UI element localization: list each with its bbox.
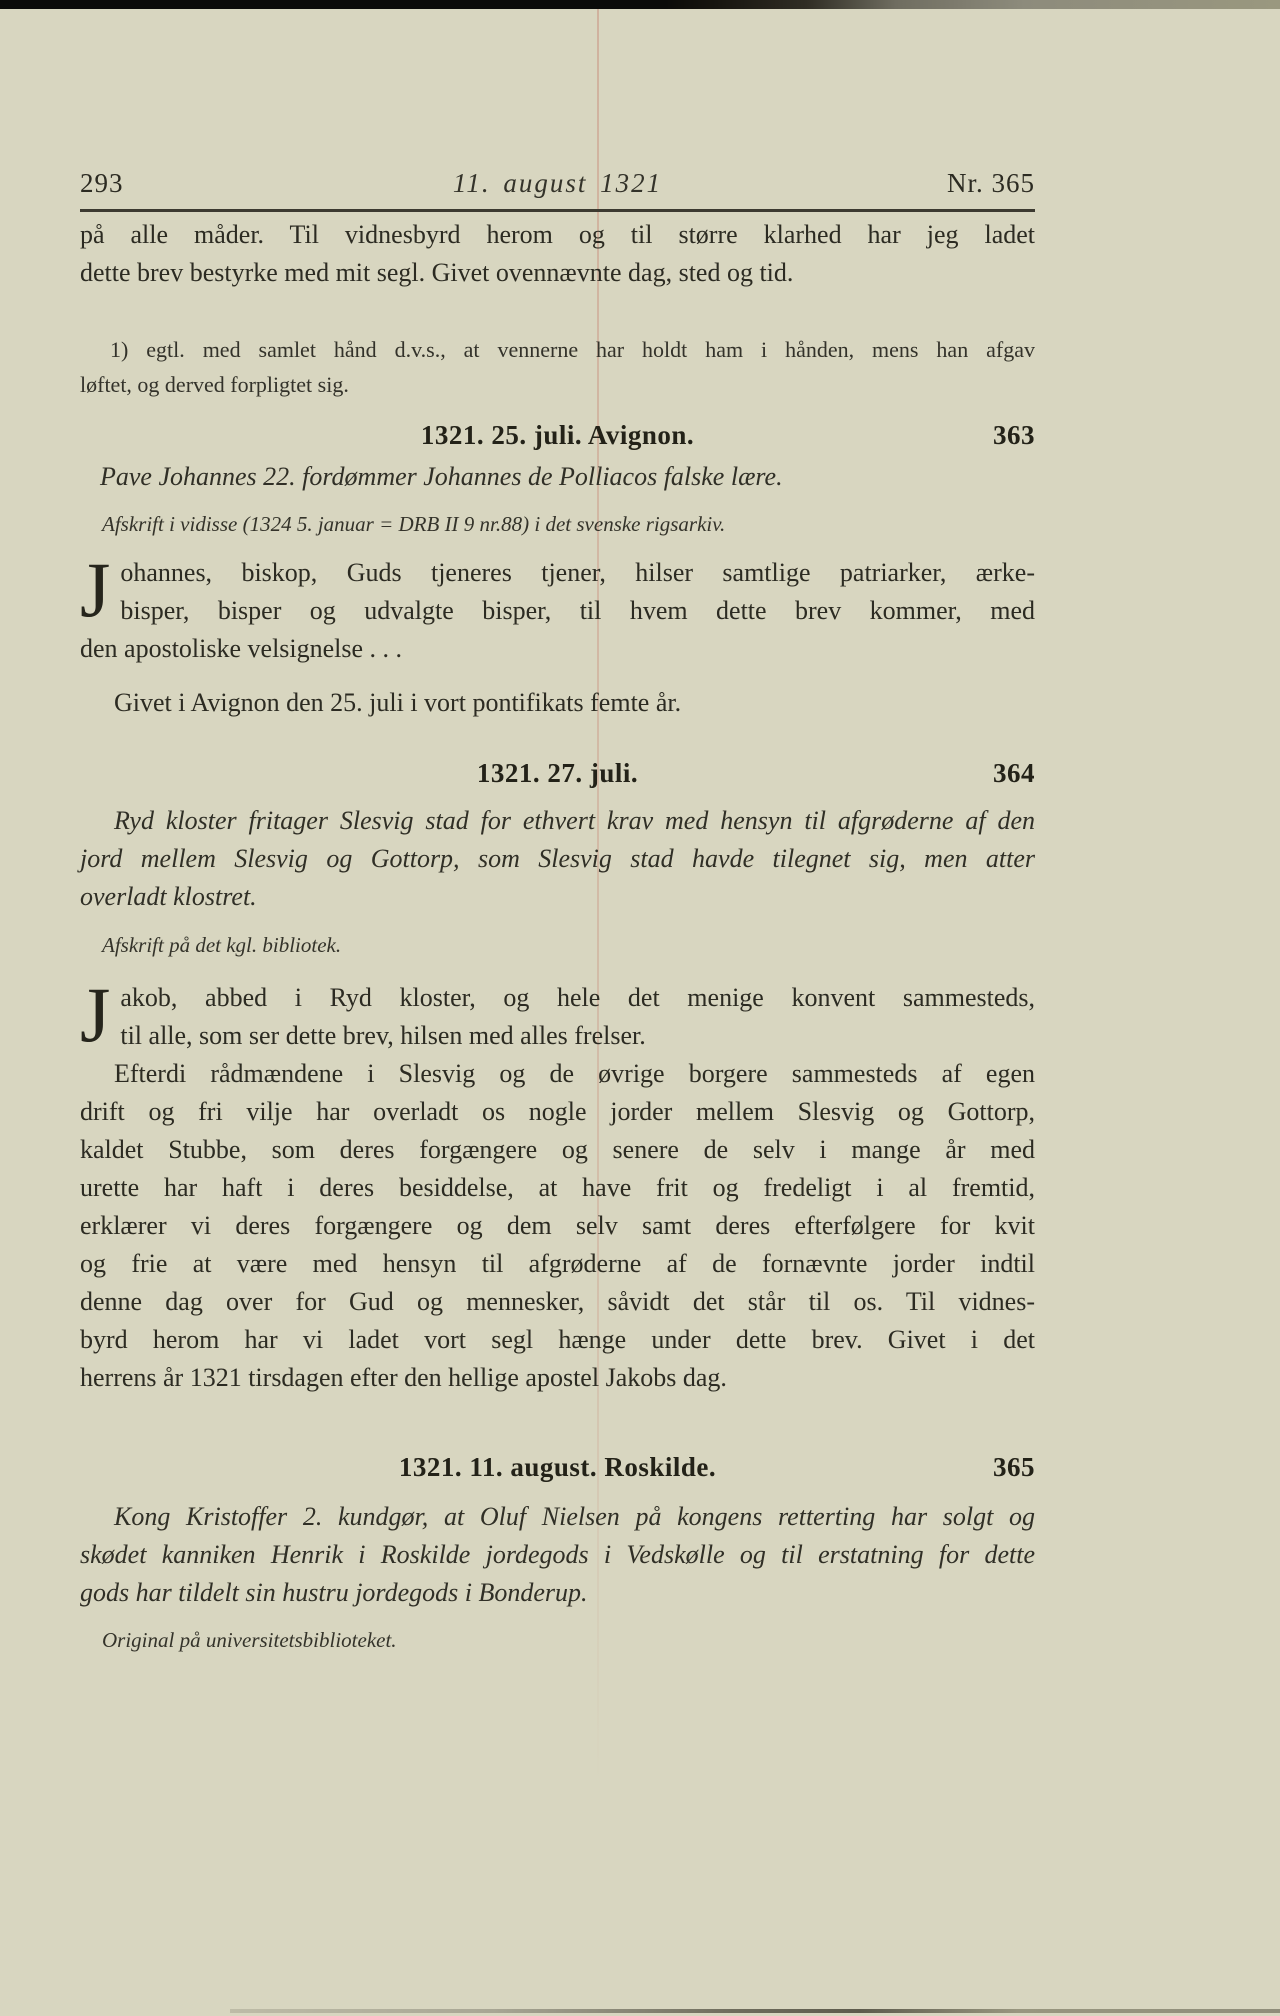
header-rule bbox=[80, 209, 1035, 212]
text-line: byrd herom har vi ladet vort segl hænge … bbox=[80, 1321, 1035, 1359]
text-line: den apostoliske velsignelse . . . bbox=[80, 630, 1035, 668]
page-number: 293 bbox=[80, 168, 124, 199]
text-line: og frie at være med hensyn til afgrødern… bbox=[80, 1245, 1035, 1283]
entry-364-body-opening: J akob, abbed i Ryd kloster, og hele det… bbox=[80, 979, 1035, 1055]
drop-cap-initial: J bbox=[80, 981, 110, 1055]
entry-365-heading: 1321. 11. august. Roskilde. 365 bbox=[80, 1449, 1035, 1485]
footnote: 1) egtl. med samlet hånd d.v.s., at venn… bbox=[80, 332, 1035, 402]
text-line: skødet kanniken Henrik i Roskilde jordeg… bbox=[80, 1536, 1035, 1574]
text-line: Afskrift på det kgl. bibliotek. bbox=[80, 931, 1035, 959]
entry-363-body: J ohannes, biskop, Guds tjeneres tjener,… bbox=[80, 554, 1035, 668]
running-head: 11. august 1321 bbox=[80, 168, 1035, 199]
text-line: erklærer vi deres forgængere og dem selv… bbox=[80, 1207, 1035, 1245]
entry-363-summary: Pave Johannes 22. fordømmer Johannes de … bbox=[80, 458, 1035, 496]
text-line: Kong Kristoffer 2. kundgør, at Oluf Niel… bbox=[80, 1498, 1035, 1536]
text-line: drift og fri vilje har overladt os nogle… bbox=[80, 1093, 1035, 1131]
book-page: 293 11. august 1321 Nr. 365 på alle måde… bbox=[0, 0, 1280, 2016]
entry-364-heading: 1321. 27. juli. 364 bbox=[80, 755, 1035, 791]
text-line: 1) egtl. med samlet hånd d.v.s., at venn… bbox=[80, 332, 1035, 367]
entry-365-date-place: 1321. 11. august. Roskilde. bbox=[399, 1452, 716, 1482]
text-line: løftet, og derved forpligtet sig. bbox=[80, 367, 1035, 402]
text-line: akob, abbed i Ryd kloster, og hele det m… bbox=[80, 979, 1035, 1017]
entry-364-summary: Ryd kloster fritager Slesvig stad for et… bbox=[80, 802, 1035, 916]
continuation-paragraph: på alle måder. Til vidnesbyrd herom og t… bbox=[80, 216, 1035, 292]
entry-365-summary: Kong Kristoffer 2. kundgør, at Oluf Niel… bbox=[80, 1498, 1035, 1612]
text-line: Ryd kloster fritager Slesvig stad for et… bbox=[80, 802, 1035, 840]
text-line: herrens år 1321 tirsdagen efter den hell… bbox=[80, 1359, 1035, 1397]
entry-364-number: 364 bbox=[993, 755, 1035, 791]
text-line: bisper, bisper og udvalgte bisper, til h… bbox=[80, 592, 1035, 630]
entry-363-date-place: 1321. 25. juli. Avignon. bbox=[421, 420, 694, 450]
drop-cap-initial: J bbox=[80, 556, 110, 630]
entry-363-closing: Givet i Avignon den 25. juli i vort pont… bbox=[80, 684, 1035, 722]
entry-365-number: 365 bbox=[993, 1449, 1035, 1485]
text-line: Pave Johannes 22. fordømmer Johannes de … bbox=[80, 458, 1035, 496]
entry-364-body-main: Efterdi rådmændene i Slesvig og de øvrig… bbox=[80, 1055, 1035, 1397]
page-header: 293 11. august 1321 Nr. 365 bbox=[80, 168, 1035, 202]
text-line: kaldet Stubbe, som deres forgængere og s… bbox=[80, 1131, 1035, 1169]
scan-edge-bottom bbox=[230, 2009, 1280, 2013]
entry-364-source-note: Afskrift på det kgl. bibliotek. bbox=[80, 931, 1035, 959]
text-line: Efterdi rådmændene i Slesvig og de øvrig… bbox=[80, 1055, 1035, 1093]
text-line: denne dag over for Gud og mennesker, såv… bbox=[80, 1283, 1035, 1321]
entry-364-date-place: 1321. 27. juli. bbox=[477, 758, 638, 788]
text-line: ohannes, biskop, Guds tjeneres tjener, h… bbox=[80, 554, 1035, 592]
scan-edge-top bbox=[0, 0, 1280, 9]
text-line: urette har haft i deres besiddelse, at h… bbox=[80, 1169, 1035, 1207]
entry-363-source-note: Afskrift i vidisse (1324 5. januar = DRB… bbox=[80, 510, 1035, 538]
text-column: 293 11. august 1321 Nr. 365 på alle måde… bbox=[80, 168, 1035, 1654]
entry-365-source-note: Original på universitetsbiblioteket. bbox=[80, 1626, 1035, 1654]
text-line: på alle måder. Til vidnesbyrd herom og t… bbox=[80, 216, 1035, 254]
text-line: overladt klostret. bbox=[80, 878, 1035, 916]
entry-363-heading: 1321. 25. juli. Avignon. 363 bbox=[80, 417, 1035, 453]
text-line: jord mellem Slesvig og Gottorp, som Sles… bbox=[80, 840, 1035, 878]
entry-364-body-opening-lines: akob, abbed i Ryd kloster, og hele det m… bbox=[80, 979, 1035, 1055]
text-line: gods har tildelt sin hustru jordegods i … bbox=[80, 1574, 1035, 1612]
entry-363-body-lines: ohannes, biskop, Guds tjeneres tjener, h… bbox=[80, 554, 1035, 668]
text-line: til alle, som ser dette brev, hilsen med… bbox=[80, 1017, 1035, 1055]
text-line: Afskrift i vidisse (1324 5. januar = DRB… bbox=[80, 510, 1035, 538]
entry-363-number: 363 bbox=[993, 417, 1035, 453]
text-line: Original på universitetsbiblioteket. bbox=[80, 1626, 1035, 1654]
text-line: dette brev bestyrke med mit segl. Givet … bbox=[80, 254, 1035, 292]
header-entry-number: Nr. 365 bbox=[947, 168, 1035, 199]
